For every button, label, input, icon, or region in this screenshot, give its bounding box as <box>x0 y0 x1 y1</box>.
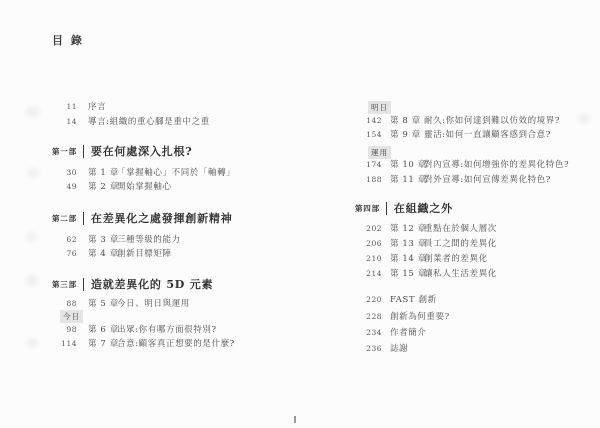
part-title: 造就差異化的 5D 元素 <box>91 276 213 292</box>
chapter-title: 耐久:你如何達到難以仿效的境界? <box>424 115 560 127</box>
toc-row-preface: 11 序言 <box>50 101 106 113</box>
toc-row-chapter-6: 98 第 6 章 出眾:你有哪方面很特別? <box>50 324 217 336</box>
part-title: 在差異化之處發揮創新精神 <box>91 210 233 226</box>
page-number: 214 <box>355 268 382 280</box>
entry-title: 導言:組織的重心腳是重中之重 <box>88 116 210 128</box>
chapter-title: 合意:顧客真正想要的是什麼? <box>117 338 235 350</box>
toc-row-introduction: 14 導言:組織的重心腳是重中之重 <box>50 116 210 128</box>
chapter-label: 第 12 章 <box>390 223 424 235</box>
toc-row-chapter-2: 49 第 2 章 開始掌握軸心 <box>50 181 172 193</box>
part-title: 在組織之外 <box>394 200 453 216</box>
chapter-label: 第 10 章 <box>390 159 424 171</box>
chapter-label: 第 2 章 <box>88 181 117 193</box>
page-number: 49 <box>50 181 77 193</box>
chapter-title: 對外宣導:如何宣傳差異化特色? <box>424 174 551 186</box>
chapter-title: 創新目標矩陣 <box>117 248 172 260</box>
scan-smudge <box>26 274 38 287</box>
entry-title: 誌謝 <box>390 343 408 355</box>
chapter-label: 第 14 章 <box>390 253 424 265</box>
page-number: 14 <box>50 116 77 128</box>
chapter-title: 出眾:你有哪方面很特別? <box>117 324 217 336</box>
toc-row-chapter-8: 142 第 8 章 耐久:你如何達到難以仿效的境界? <box>355 115 560 127</box>
page-number: 154 <box>355 129 382 141</box>
chapter-title: 靈活:如何一直讓顧客感到合意? <box>424 129 551 141</box>
chapter-label: 第 9 章 <box>390 129 424 141</box>
chapter-title: 「掌握軸心」不同於「軸轉」 <box>117 167 235 179</box>
section-tag-tomorrow: 明日 <box>368 101 391 114</box>
chapter-label: 第 3 章 <box>88 234 117 246</box>
part-heading-2: 第二部 在差異化之處發揮創新精神 <box>52 210 233 226</box>
part-label: 第三部 <box>52 279 77 290</box>
part-heading-4: 第四部 在組織之外 <box>355 200 453 216</box>
page-number: 114 <box>50 338 77 350</box>
chapter-label: 第 15 章 <box>390 268 424 280</box>
page-number: 234 <box>355 327 382 339</box>
toc-row-chapter-9: 154 第 9 章 靈活:如何一直讓顧客感到合意? <box>355 129 551 141</box>
part-label: 第二部 <box>52 213 77 224</box>
chapter-title: 重點在於個人層次 <box>424 223 497 235</box>
page-number: 210 <box>355 253 382 265</box>
toc-row-chapter-4: 76 第 4 章 創新目標矩陣 <box>50 248 172 260</box>
toc-row-chapter-3: 62 第 3 章 三種等級的能力 <box>50 234 181 246</box>
chapter-title: 員工之間的差異化 <box>424 238 497 250</box>
chapter-label: 第 6 章 <box>88 324 117 336</box>
part-divider <box>83 145 84 158</box>
book-toc-spread: 目 錄 11 序言 14 導言:組織的重心腳是重中之重 第一部 要在何處深入扎根… <box>0 0 600 428</box>
page-number: 11 <box>50 101 77 113</box>
page-number: 62 <box>50 234 77 246</box>
page-number: 188 <box>355 174 382 186</box>
chapter-label: 第 11 章 <box>390 174 424 186</box>
chapter-label: 第 8 章 <box>390 115 424 127</box>
page-fold-mark <box>294 416 296 423</box>
page-number: 88 <box>50 298 77 310</box>
chapter-label: 第 1 章 <box>88 167 117 179</box>
chapter-title: 創業者的差異化 <box>424 253 488 265</box>
scan-smudge <box>26 232 37 242</box>
chapter-label: 第 13 章 <box>390 238 424 250</box>
entry-title: 創新為何重要? <box>390 311 450 323</box>
scan-smudge <box>27 338 38 348</box>
entry-title: 序言 <box>88 101 106 113</box>
toc-row-author-bio: 234 作者簡介 <box>355 327 426 339</box>
chapter-label: 第 4 章 <box>88 248 117 260</box>
part-divider <box>386 202 387 215</box>
chapter-label: 第 5 章 <box>88 298 117 310</box>
section-tag-today: 今日 <box>60 310 83 323</box>
toc-row-chapter-12: 202 第 12 章 重點在於個人層次 <box>355 223 497 235</box>
toc-row-chapter-10: 174 第 10 章 對內宣導:如何增強你的差異化特色? <box>355 159 569 171</box>
chapter-title: 三種等級的能力 <box>117 234 181 246</box>
scan-smudge <box>26 106 40 117</box>
part-heading-3: 第三部 造就差異化的 5D 元素 <box>52 276 213 292</box>
page-number: 76 <box>50 248 77 260</box>
chapter-title: 今日、明日與運用 <box>117 298 190 310</box>
chapter-label: 第 7 章 <box>88 338 117 350</box>
page-number: 98 <box>50 324 77 336</box>
page-number: 142 <box>355 115 382 127</box>
toc-row-chapter-7: 114 第 7 章 合意:顧客真正想要的是什麼? <box>50 338 235 350</box>
toc-row-chapter-14: 210 第 14 章 創業者的差異化 <box>355 253 488 265</box>
page-number: 236 <box>355 343 382 355</box>
part-label: 第一部 <box>52 146 77 157</box>
scan-smudge <box>578 113 590 124</box>
part-heading-1: 第一部 要在何處深入扎根? <box>52 143 193 159</box>
chapter-title: 對內宣導:如何增強你的差異化特色? <box>424 159 569 171</box>
toc-row-chapter-15: 214 第 15 章 讓私人生活差異化 <box>355 268 497 280</box>
page-number: 220 <box>355 294 382 306</box>
part-divider <box>83 278 84 291</box>
page-number: 174 <box>355 159 382 171</box>
toc-row-chapter-1: 30 第 1 章 「掌握軸心」不同於「軸轉」 <box>50 167 235 179</box>
chapter-title: 開始掌握軸心 <box>117 181 172 193</box>
entry-title: 作者簡介 <box>390 327 426 339</box>
toc-row-chapter-11: 188 第 11 章 對外宣導:如何宣傳差異化特色? <box>355 174 551 186</box>
entry-title: FAST 創新 <box>390 294 437 306</box>
part-divider <box>83 212 84 225</box>
part-title: 要在何處深入扎根? <box>91 143 193 159</box>
part-label: 第四部 <box>355 203 380 214</box>
page-title: 目 錄 <box>52 34 84 47</box>
toc-row-chapter-5: 88 第 5 章 今日、明日與運用 <box>50 298 190 310</box>
page-number: 228 <box>355 311 382 323</box>
toc-row-why-innovation: 228 創新為何重要? <box>355 311 450 323</box>
chapter-title: 讓私人生活差異化 <box>424 268 497 280</box>
section-tag-apply: 運用 <box>368 146 391 159</box>
scan-smudge <box>27 168 39 178</box>
page-number: 206 <box>355 238 382 250</box>
page-number: 202 <box>355 223 382 235</box>
toc-row-chapter-13: 206 第 13 章 員工之間的差異化 <box>355 238 497 250</box>
toc-row-acknowledgments: 236 誌謝 <box>355 343 408 355</box>
toc-row-fast-innovation: 220 FAST 創新 <box>355 294 437 306</box>
page-number: 30 <box>50 167 77 179</box>
